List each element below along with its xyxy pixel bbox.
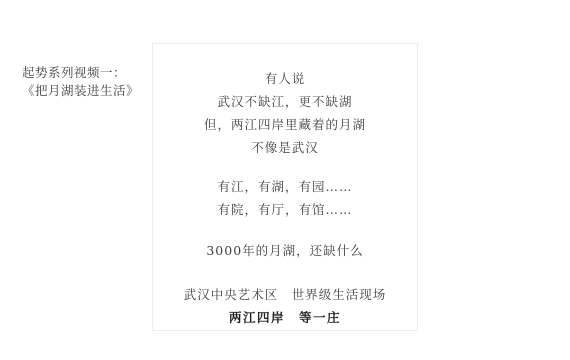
poster-line-4: 不像是武汉 xyxy=(153,136,417,159)
poster-line-2: 武汉不缺江，更不缺湖 xyxy=(153,90,417,113)
video-series-title: 起势系列视频一： xyxy=(22,64,139,82)
poster-line-1: 有人说 xyxy=(153,67,417,90)
video-title: 《把月湖装进生活》 xyxy=(22,82,139,100)
video-series-label: 起势系列视频一： 《把月湖装进生活》 xyxy=(22,64,139,100)
poster-line-6: 有院，有厅，有馆…… xyxy=(153,198,417,221)
poster-line-5: 有江，有湖，有园…… xyxy=(153,175,417,198)
slide-canvas: 起势系列视频一： 《把月湖装进生活》 有人说 武汉不缺江，更不缺湖 但，两江四岸… xyxy=(0,0,570,360)
poster-slogan: 两江四岸 等一庄 xyxy=(153,306,417,329)
poster-line-7: 3000年的月湖，还缺什么 xyxy=(153,239,417,262)
poster-line-8: 武汉中央艺术区 世界级生活现场 xyxy=(153,283,417,306)
poster-card: 有人说 武汉不缺江，更不缺湖 但，两江四岸里藏着的月湖 不像是武汉 有江，有湖，… xyxy=(152,43,418,331)
poster-line-3: 但，两江四岸里藏着的月湖 xyxy=(153,113,417,136)
